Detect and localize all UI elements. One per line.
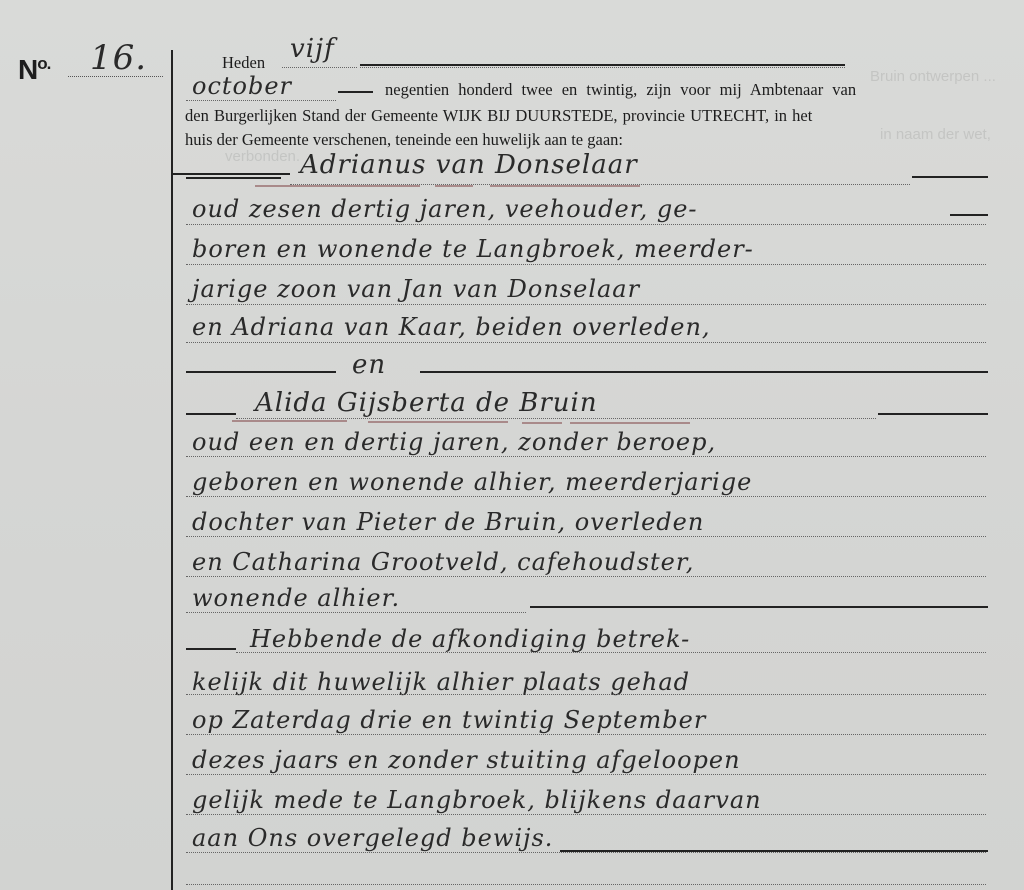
bride-line-4: en Catharina Grootveld, cafehoudster, bbox=[192, 548, 694, 576]
dotted-line bbox=[186, 694, 986, 695]
dotted-line bbox=[186, 774, 986, 775]
dotted-line bbox=[186, 612, 526, 613]
bride-line-5: wonende alhier. bbox=[192, 584, 400, 612]
dotted-line bbox=[186, 100, 336, 101]
heden-label: Heden bbox=[222, 53, 265, 73]
name-underline bbox=[490, 185, 640, 187]
conjunction-en: en bbox=[352, 350, 386, 380]
name-underline bbox=[368, 421, 508, 423]
bride-line-1: oud een en dertig jaren, zonder beroep, bbox=[192, 428, 716, 456]
groom-line-3: jarige zoon van Jan van Donselaar bbox=[192, 275, 640, 303]
civil-register-page: Bruin ontwerpen ... in naam der wet, ver… bbox=[0, 0, 1024, 890]
dotted-line bbox=[236, 652, 986, 653]
dotted-line bbox=[236, 418, 876, 419]
fill-rule bbox=[878, 413, 988, 415]
dotted-line bbox=[186, 884, 986, 885]
bride-line-3: dochter van Pieter de Bruin, overleden bbox=[192, 508, 704, 536]
dotted-line bbox=[186, 576, 986, 577]
fill-rule bbox=[912, 176, 988, 178]
name-underline bbox=[255, 185, 420, 187]
name-underline bbox=[522, 422, 562, 424]
dotted-line bbox=[186, 342, 986, 343]
fill-rule bbox=[560, 850, 988, 852]
fill-rule bbox=[360, 64, 845, 66]
groom-line-4: en Adriana van Kaar, beiden overleden, bbox=[192, 313, 711, 341]
groom-line-2: boren en wonende te Langbroek, meerder- bbox=[192, 235, 754, 263]
fill-rule bbox=[186, 648, 236, 650]
header-line-1: negentien honderd twee en twintig, zijn … bbox=[385, 80, 856, 100]
bleed-through-text: in naam der wet, bbox=[880, 126, 991, 143]
name-underline bbox=[232, 420, 347, 422]
groom-name: Adrianus van Donselaar bbox=[300, 150, 638, 180]
proclamation-line-6: aan Ons overgelegd bewijs. bbox=[192, 824, 553, 852]
bride-name: Alida Gijsberta de Bruin bbox=[255, 388, 598, 418]
dotted-line bbox=[186, 536, 986, 537]
fill-rule bbox=[186, 413, 236, 415]
proclamation-line-4: dezes jaars en zonder stuiting afgeloope… bbox=[192, 746, 741, 774]
proclamation-line-3: op Zaterdag drie en twintig September bbox=[192, 706, 706, 734]
bleed-through-text: verbonden. bbox=[225, 148, 300, 165]
name-underline bbox=[570, 422, 690, 424]
dotted-line bbox=[186, 224, 986, 225]
proclamation-line-1: Hebbende de afkondiging betrek- bbox=[250, 625, 690, 653]
fill-rule bbox=[338, 91, 373, 93]
header-line-3: huis der Gemeente verschenen, teneinde e… bbox=[185, 130, 623, 150]
fill-rule bbox=[530, 606, 988, 608]
dotted-line bbox=[186, 456, 986, 457]
dotted-line bbox=[186, 734, 986, 735]
dotted-line bbox=[360, 67, 845, 68]
dotted-line bbox=[186, 304, 986, 305]
name-underline bbox=[435, 185, 473, 187]
bride-line-2: geboren en wonende alhier, meerderjarige bbox=[192, 468, 752, 496]
dotted-line bbox=[186, 852, 986, 853]
dotted-line bbox=[186, 496, 986, 497]
dotted-line bbox=[186, 814, 986, 815]
dotted-line bbox=[186, 264, 986, 265]
fill-rule bbox=[420, 371, 988, 373]
record-number-handwritten: 16. bbox=[90, 38, 147, 78]
proclamation-line-5: gelijk mede te Langbroek, blijkens daarv… bbox=[192, 786, 762, 814]
day-handwritten: vijf bbox=[290, 34, 335, 64]
record-number-label: No. bbox=[18, 54, 50, 86]
month-handwritten: october bbox=[192, 72, 292, 100]
section-rule bbox=[172, 173, 290, 175]
dotted-line bbox=[282, 67, 357, 68]
groom-line-1: oud zesen dertig jaren, veehouder, ge- bbox=[192, 195, 698, 223]
header-line-2: den Burgerlijken Stand der Gemeente WIJK… bbox=[185, 106, 812, 126]
bleed-through-text: Bruin ontwerpen ... bbox=[870, 68, 996, 85]
margin-rule bbox=[171, 50, 173, 890]
fill-rule bbox=[186, 371, 336, 373]
fill-rule bbox=[950, 214, 988, 216]
proclamation-line-2: kelijk dit huwelijk alhier plaats gehad bbox=[192, 668, 690, 696]
fill-rule bbox=[186, 177, 281, 179]
